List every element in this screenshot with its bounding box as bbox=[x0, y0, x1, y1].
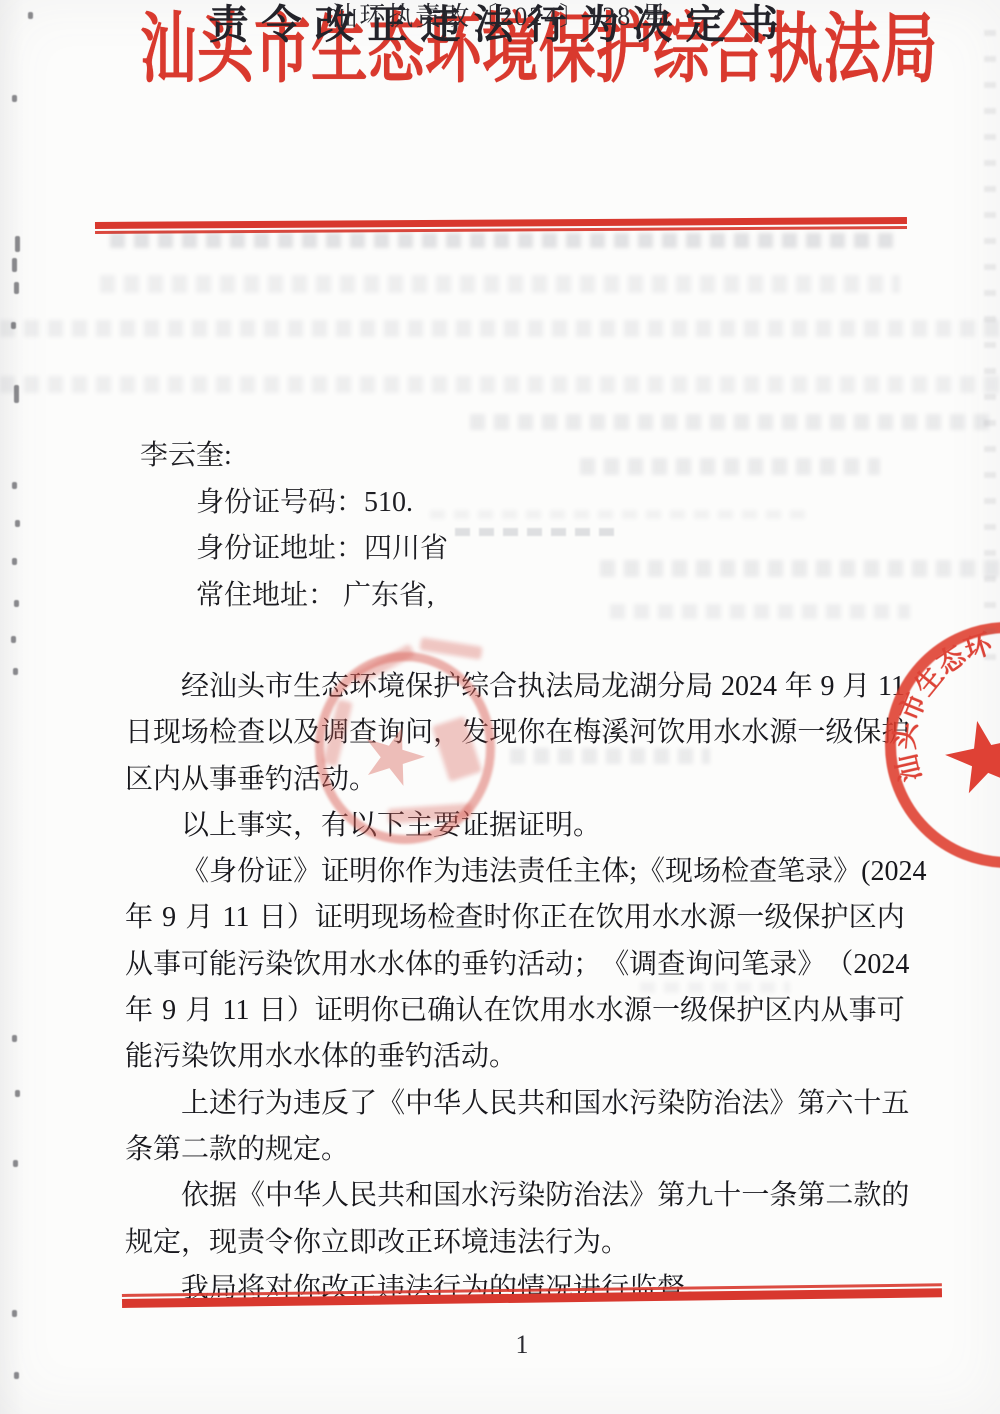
bleedthrough-row bbox=[0, 320, 1000, 337]
scan-speck bbox=[12, 558, 17, 565]
scan-speck bbox=[12, 1310, 17, 1317]
scan-speck bbox=[14, 282, 19, 294]
scanned-document-page: 汕头市生态环境保护综合执法局 责令改正违法行为决定书 汕环执责改〔2024〕12… bbox=[0, 0, 1000, 1414]
scan-speck bbox=[12, 482, 17, 489]
bleedthrough-row bbox=[470, 414, 990, 430]
scan-speck bbox=[12, 95, 17, 102]
bleedthrough-row bbox=[610, 604, 910, 619]
bleedthrough-row bbox=[430, 510, 810, 519]
body-line: 上述行为违反了《中华人民共和国水污染防治法》第六十五 bbox=[125, 1081, 905, 1127]
body-line: 经汕头市生态环境保护综合执法局龙湖分局2024年9月11 bbox=[125, 664, 905, 710]
scan-speck bbox=[14, 385, 19, 403]
bleedthrough-row bbox=[640, 982, 790, 993]
body-line: 能污染饮用水水体的垂钓活动。 bbox=[125, 1034, 905, 1080]
body-line: 年9月11日）证明现场检查时你正在饮用水水源一级保护区内 bbox=[125, 895, 905, 941]
scan-speck bbox=[15, 236, 20, 252]
scan-speck bbox=[13, 668, 18, 675]
scan-speck bbox=[13, 1160, 18, 1167]
scan-speck bbox=[28, 12, 33, 19]
body-line: 年9月11日）证明你已确认在饮用水水源一级保护区内从事可 bbox=[125, 988, 905, 1034]
bleedthrough-row bbox=[100, 275, 900, 293]
bleedthrough-row bbox=[110, 233, 900, 248]
scan-speck bbox=[12, 258, 17, 272]
bleedthrough-row bbox=[455, 528, 615, 536]
recipient-id-number: 身份证号码：510. bbox=[140, 480, 840, 527]
bleedthrough-row bbox=[580, 458, 880, 475]
document-number: 汕环执责改〔2024〕128 号 bbox=[0, 0, 1000, 34]
bleedthrough-row bbox=[600, 560, 1000, 577]
scan-speck bbox=[15, 520, 20, 527]
seal-text-char: 头 bbox=[891, 721, 921, 751]
body-line: 依据《中华人民共和国水污染防治法》第九十一条第二款的 bbox=[125, 1173, 905, 1219]
scan-speck bbox=[14, 600, 19, 607]
scan-speck bbox=[11, 636, 16, 643]
scan-artifacts-left-edge bbox=[0, 0, 30, 1414]
header-divider bbox=[95, 217, 907, 234]
scan-artifacts-right-edge bbox=[984, 20, 996, 660]
body-line: 以上事实，有以下主要证据证明。 bbox=[125, 803, 905, 849]
page-number: 1 bbox=[0, 1330, 1000, 1360]
bleedthrough-row bbox=[510, 748, 710, 764]
bleedthrough-row bbox=[0, 376, 1000, 393]
scan-speck bbox=[15, 1090, 20, 1097]
scan-speck bbox=[14, 1372, 19, 1379]
body-line: 条第二款的规定。 bbox=[125, 1127, 905, 1173]
scan-speck bbox=[12, 1035, 17, 1042]
scan-speck bbox=[11, 322, 16, 329]
body-line: 《身份证》证明你作为违法责任主体;《现场检查笔录》(2024 bbox=[125, 849, 905, 895]
body-line: 规定，现责令你立即改正环境违法行为。 bbox=[125, 1220, 905, 1266]
